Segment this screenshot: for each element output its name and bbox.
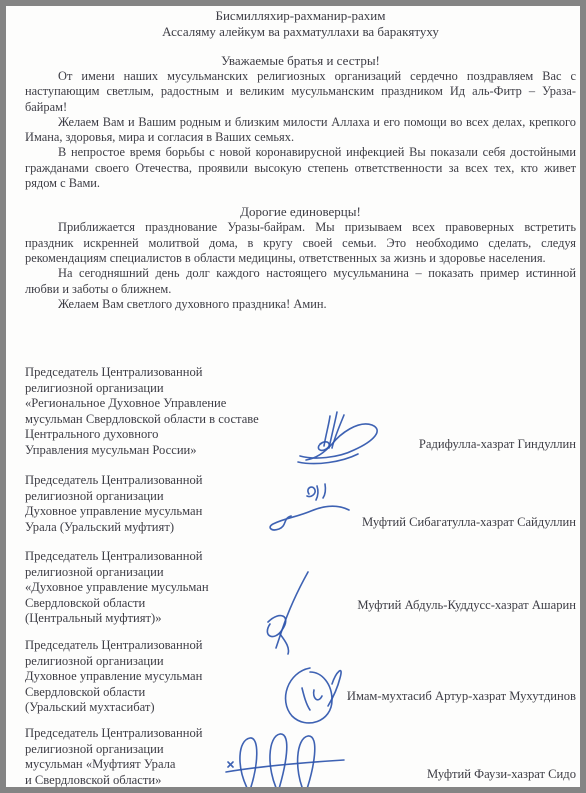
signatory-title-1: Председатель Централизованной религиозно…: [25, 365, 275, 459]
paragraph-covid: В непростое время борьбы с новой коронав…: [25, 145, 576, 191]
salutation-coreligionists: Дорогие единоверцы!: [25, 204, 576, 220]
greeting-line: Ассаляму алейкум ва рахматуллахи ва бара…: [25, 24, 576, 40]
signatory-title-4: Председатель Централизованной религиозно…: [25, 638, 275, 716]
signatory-name-1: Радифулла-хазрат Гиндуллин: [419, 437, 576, 452]
signature-2-ink: [265, 480, 351, 538]
signature-1-ink: [294, 408, 394, 468]
signatory-name-2: Муфтий Сибагатулла-хазрат Сайдуллин: [362, 515, 576, 530]
signature-5-ink: [222, 722, 348, 793]
paragraph-celebration-home: Приближается празднование Уразы-байрам. …: [25, 220, 576, 266]
signatory-name-4: Имам-мухтасиб Артур-хазрат Мухутдинов: [347, 689, 576, 704]
paragraph-duty: На сегодняшний день долг каждого настоящ…: [25, 266, 576, 297]
signatory-name-5: Муфтий Фаузи-хазрат Сидо: [427, 767, 576, 782]
signatory-title-2: Председатель Централизованной религиозно…: [25, 473, 275, 535]
letter-body: Бисмилляхир-рахманир-рахим Ассаляму алей…: [25, 6, 576, 312]
signature-4-ink: [272, 656, 354, 732]
paragraph-wishes: Желаем Вам и Вашим родным и близким мило…: [25, 115, 576, 146]
signatory-title-3: Председатель Централизованной религиозно…: [25, 549, 275, 627]
signatory-name-3: Муфтий Абдуль-Куддусс-хазрат Ашарин: [357, 598, 576, 613]
signature-3-ink: [258, 568, 323, 658]
bismillah-line: Бисмилляхир-рахманир-рахим: [25, 8, 576, 24]
paragraph-congratulation: От имени наших мусульманских религиозных…: [25, 69, 576, 115]
letter-page: Бисмилляхир-рахманир-рахим Ассаляму алей…: [0, 0, 586, 793]
salutation-brothers-sisters: Уважаемые братья и сестры!: [25, 53, 576, 69]
paragraph-amen: Желаем Вам светлого духовного праздника!…: [25, 297, 576, 312]
